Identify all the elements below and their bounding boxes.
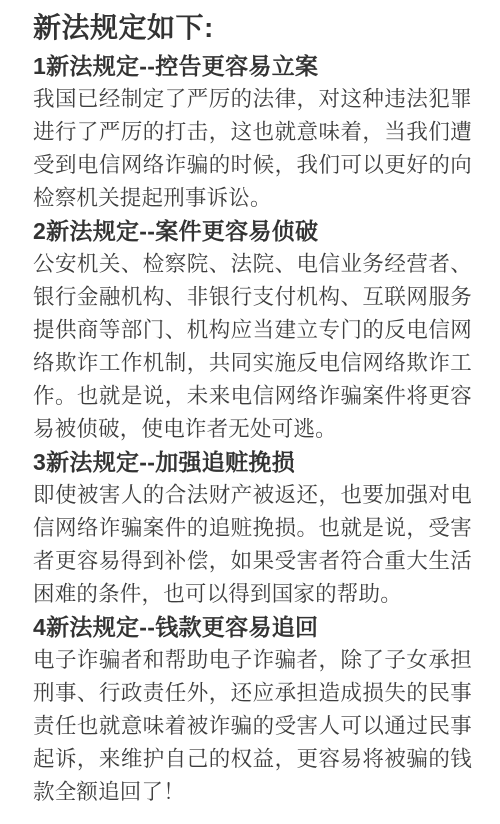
section-heading-2: 2新法规定--案件更容易侦破 — [33, 215, 472, 248]
article-body: 新法规定如下: 1新法规定--控告更容易立案 我国已经制定了严厉的法律，对这种违… — [0, 0, 500, 809]
section-body-4: 电子诈骗者和帮助电子诈骗者，除了子女承担刑事、行政责任外，还应承担造成损失的民事… — [33, 644, 472, 809]
law-section-4: 4新法规定--钱款更容易追回 电子诈骗者和帮助电子诈骗者，除了子女承担刑事、行政… — [33, 611, 472, 809]
law-section-3: 3新法规定--加强追赃挽损 即使被害人的合法财产被返还，也要加强对电信网络诈骗案… — [33, 446, 472, 611]
law-section-1: 1新法规定--控告更容易立案 我国已经制定了严厉的法律，对这种违法犯罪进行了严厉… — [33, 50, 472, 215]
section-body-3: 即使被害人的合法财产被返还，也要加强对电信网络诈骗案件的追赃挽损。也就是说，受害… — [33, 479, 472, 611]
section-body-1: 我国已经制定了严厉的法律，对这种违法犯罪进行了严厉的打击，这也就意味着，当我们遭… — [33, 83, 472, 215]
section-heading-1: 1新法规定--控告更容易立案 — [33, 50, 472, 83]
section-body-2: 公安机关、检察院、法院、电信业务经营者、银行金融机构、非银行支付机构、互联网服务… — [33, 248, 472, 446]
section-heading-3: 3新法规定--加强追赃挽损 — [33, 446, 472, 479]
page-title: 新法规定如下: — [33, 6, 472, 50]
section-heading-4: 4新法规定--钱款更容易追回 — [33, 611, 472, 644]
law-section-2: 2新法规定--案件更容易侦破 公安机关、检察院、法院、电信业务经营者、银行金融机… — [33, 215, 472, 446]
